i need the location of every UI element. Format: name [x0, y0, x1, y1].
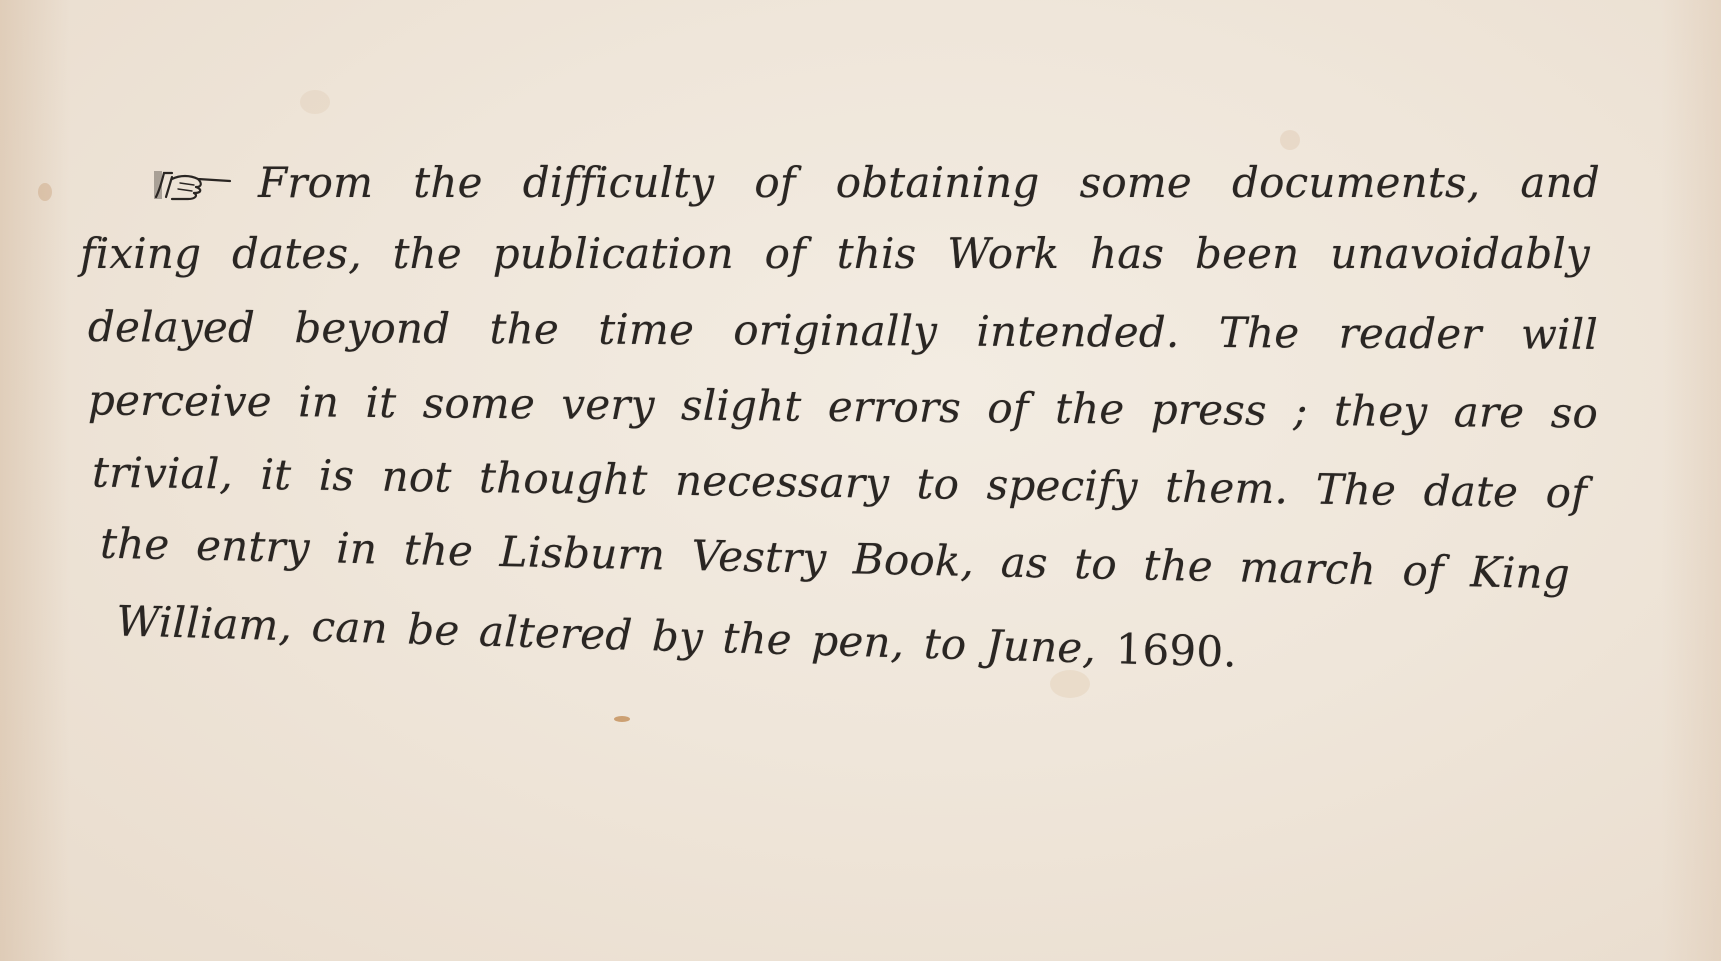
foxing-spot	[1050, 670, 1090, 698]
text-line-2: fixing dates, the publication of this Wo…	[80, 233, 1590, 275]
line-text: the entry in the Lisburn Vestry Book, as…	[100, 519, 1571, 599]
foxing-spot	[1280, 130, 1300, 150]
line-text: trivial, it is not thought necessary to …	[92, 448, 1588, 518]
text-line-1: From the difficulty of obtaining some do…	[150, 162, 1600, 204]
foxing-spot	[300, 90, 330, 114]
line-text: fixing dates, the publication of this Wo…	[80, 229, 1590, 278]
year-text: 1690.	[1115, 624, 1238, 676]
text-line-5: trivial, it is not thought necessary to …	[92, 452, 1587, 515]
foxing-spot	[38, 183, 52, 201]
text-line-7: William, can be altered by the pen, to J…	[116, 600, 1238, 673]
text-line-4: perceive in it some very slight errors o…	[88, 379, 1598, 434]
line-text: From the difficulty of obtaining some do…	[258, 158, 1600, 207]
text-line-3: delayed beyond the time originally inten…	[88, 306, 1598, 356]
line-text: delayed beyond the time originally inten…	[88, 302, 1598, 359]
text-line-6: the entry in the Lisburn Vestry Book, as…	[100, 523, 1571, 596]
foxing-spot	[614, 716, 630, 722]
pointing-hand-icon	[150, 166, 240, 200]
line-text: William, can be altered by the pen, to J…	[116, 596, 1097, 672]
line-text: perceive in it some very slight errors o…	[88, 375, 1598, 437]
book-page: From the difficulty of obtaining some do…	[0, 0, 1721, 961]
